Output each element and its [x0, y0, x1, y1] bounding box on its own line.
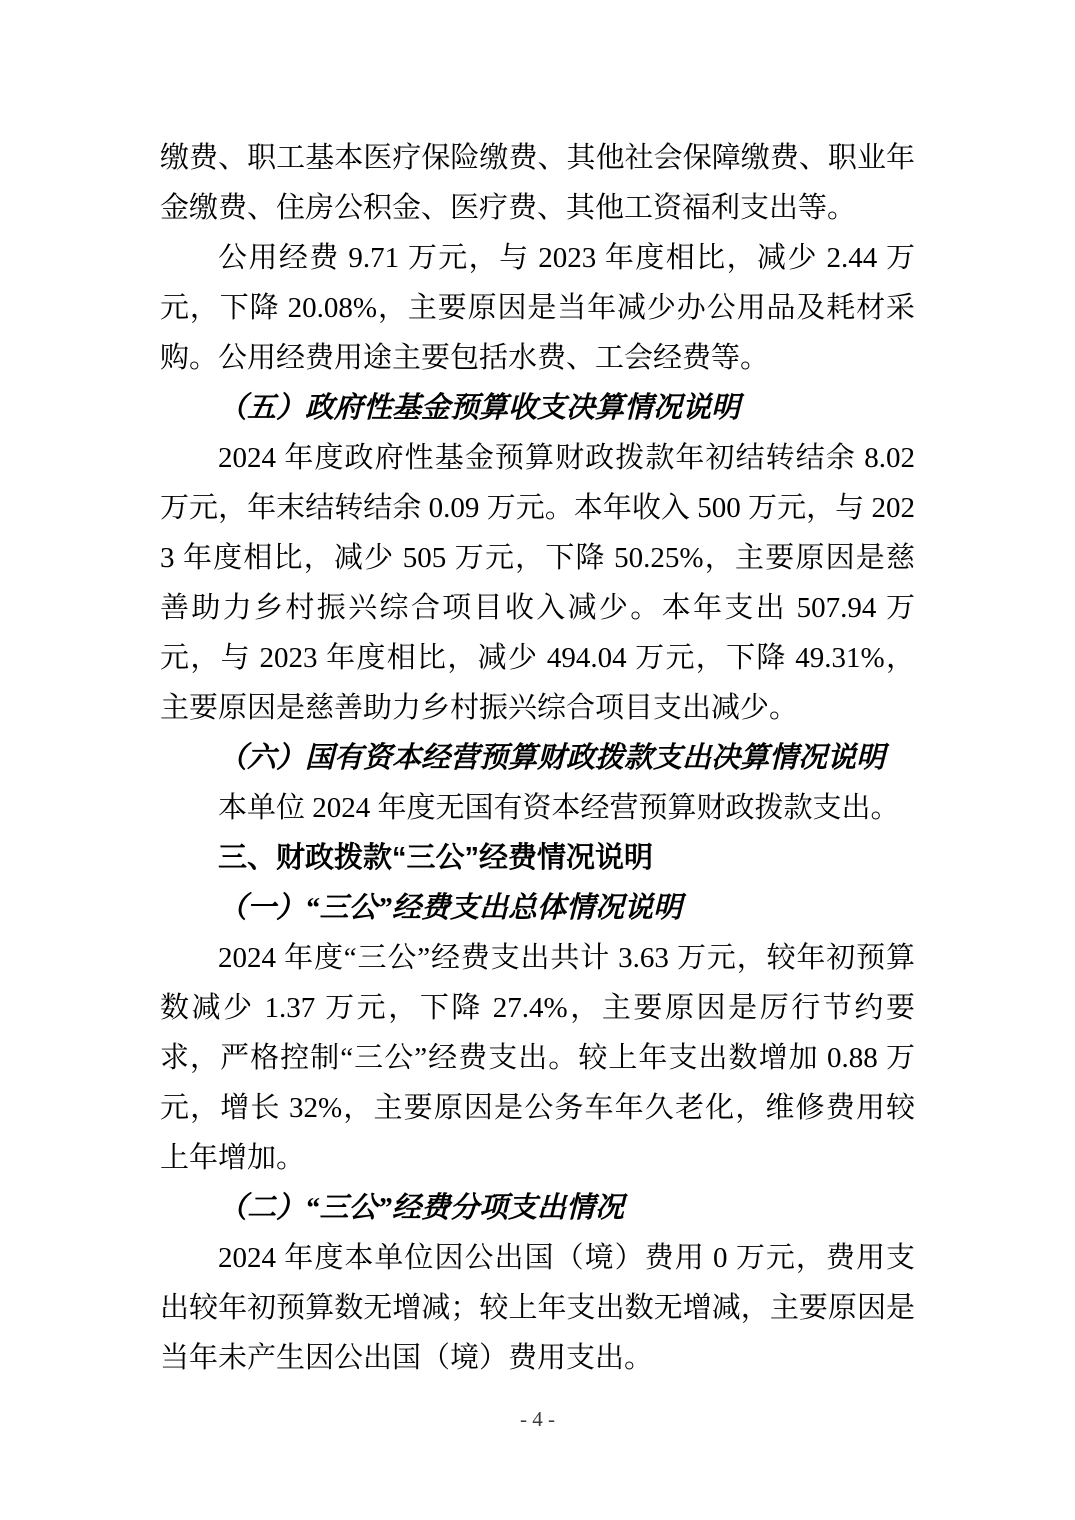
paragraph-state-capital-detail: 本单位 2024 年度无国有资本经营预算财政拨款支出。	[160, 783, 915, 833]
paragraph-public-expense: 公用经费 9.71 万元，与 2023 年度相比，减少 2.44 万元，下降 2…	[160, 233, 915, 383]
paragraph-government-fund-detail: 2024 年度政府性基金预算财政拨款年初结转结余 8.02 万元，年末结转结余 …	[160, 433, 915, 733]
document-page: 缴费、职工基本医疗保险缴费、其他社会保障缴费、职业年金缴费、住房公积金、医疗费、…	[0, 0, 1075, 1520]
subheading-5-government-fund-budget: （五）政府性基金预算收支决算情况说明	[160, 383, 915, 433]
subheading-2-three-public-itemized: （二）“三公”经费分项支出情况	[160, 1183, 915, 1233]
page-number: - 4 -	[0, 1404, 1075, 1434]
subheading-1-three-public-overall: （一）“三公”经费支出总体情况说明	[160, 883, 915, 933]
subheading-6-state-capital-budget: （六）国有资本经营预算财政拨款支出决算情况说明	[160, 733, 915, 783]
paragraph-continuation-welfare-expense: 缴费、职工基本医疗保险缴费、其他社会保障缴费、职业年金缴费、住房公积金、医疗费、…	[160, 133, 915, 233]
paragraph-overseas-travel-detail: 2024 年度本单位因公出国（境）费用 0 万元，费用支出较年初预算数无增减；较…	[160, 1233, 915, 1383]
paragraph-three-public-overall-detail: 2024 年度“三公”经费支出共计 3.63 万元，较年初预算数减少 1.37 …	[160, 933, 915, 1183]
document-body: 缴费、职工基本医疗保险缴费、其他社会保障缴费、职业年金缴费、住房公积金、医疗费、…	[160, 133, 915, 1383]
section-heading-3-three-public-funds: 三、财政拨款“三公”经费情况说明	[160, 833, 915, 883]
